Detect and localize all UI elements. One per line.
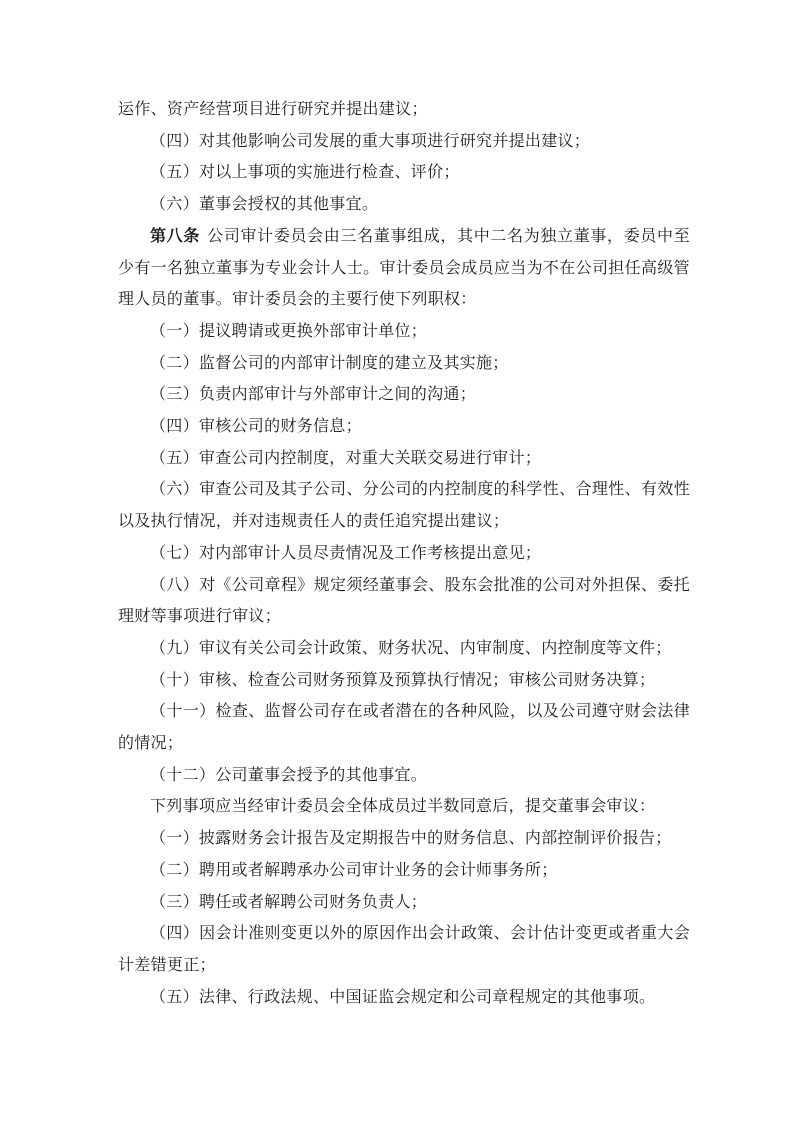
paragraph: （十二）公司董事会授予的其他事宜。 (118, 760, 690, 792)
paragraph: （十）审核、检查公司财务预算及预算执行情况；审核公司财务决算； (118, 665, 690, 697)
paragraph: （七）对内部审计人员尽责情况及工作考核提出意见； (118, 538, 690, 570)
paragraph-text: （四）对其他影响公司发展的重大事项进行研究并提出建议； (150, 133, 590, 150)
paragraph-text: 运作、资产经营项目进行研究并提出建议； (118, 101, 428, 118)
document-body: 运作、资产经营项目进行研究并提出建议； （四）对其他影响公司发展的重大事项进行研… (118, 94, 690, 1013)
paragraph: （五）审查公司内控制度，对重大关联交易进行审计； (118, 443, 690, 475)
paragraph-text: （九）审议有关公司会计政策、财务状况、内审制度、内控制度等文件； (150, 640, 672, 657)
paragraph: 第八条公司审计委员会由三名董事组成，其中二名为独立董事，委员中至少有一名独立董事… (118, 221, 690, 316)
paragraph: 下列事项应当经审计委员会全体成员过半数同意后，提交董事会审议： (118, 791, 690, 823)
paragraph: （四）对其他影响公司发展的重大事项进行研究并提出建议； (118, 126, 690, 158)
paragraph: （十一）检查、监督公司存在或者潜在的各种风险，以及公司遵守财会法律的情况； (118, 696, 690, 759)
paragraph-text: （四）审核公司的财务信息； (150, 418, 362, 435)
paragraph: （五）对以上事项的实施进行检查、评价； (118, 157, 690, 189)
paragraph-text: （五）对以上事项的实施进行检查、评价； (150, 164, 460, 181)
paragraph: （九）审议有关公司会计政策、财务状况、内审制度、内控制度等文件； (118, 633, 690, 665)
paragraph-text: （十一）检查、监督公司存在或者潜在的各种风险，以及公司遵守财会法律的情况； (118, 703, 690, 752)
paragraph-text: （六）董事会授权的其他事宜。 (150, 196, 378, 213)
paragraph: （一）提议聘请或更换外部审计单位； (118, 316, 690, 348)
paragraph-text: （二）监督公司的内部审计制度的建立及其实施； (150, 355, 509, 372)
paragraph: 运作、资产经营项目进行研究并提出建议； (118, 94, 690, 126)
document-page: 运作、资产经营项目进行研究并提出建议； （四）对其他影响公司发展的重大事项进行研… (0, 0, 794, 1122)
paragraph-text: 公司审计委员会由三名董事组成，其中二名为独立董事，委员中至少有一名独立董事为专业… (118, 228, 690, 308)
paragraph-text: （十二）公司董事会授予的其他事宜。 (150, 767, 427, 784)
paragraph-text: （三）聘任或者解聘公司财务负责人； (150, 894, 427, 911)
paragraph: （八）对《公司章程》规定须经董事会、股东会批准的公司对外担保、委托理财等事项进行… (118, 570, 690, 633)
paragraph: （六）审查公司及其子公司、分公司的内控制度的科学性、合理性、有效性以及执行情况，… (118, 474, 690, 537)
paragraph: （一）披露财务会计报告及定期报告中的财务信息、内部控制评价报告； (118, 823, 690, 855)
paragraph: （三）聘任或者解聘公司财务负责人； (118, 887, 690, 919)
paragraph-text: （三）负责内部审计与外部审计之间的沟通； (150, 386, 476, 403)
paragraph-text: （二）聘用或者解聘承办公司审计业务的会计师事务所； (150, 862, 558, 879)
paragraph: （二）聘用或者解聘承办公司审计业务的会计师事务所； (118, 855, 690, 887)
paragraph: （四）审核公司的财务信息； (118, 411, 690, 443)
paragraph: （五）法律、行政法规、中国证监会规定和公司章程规定的其他事项。 (118, 982, 690, 1014)
paragraph-text: （六）审查公司及其子公司、分公司的内控制度的科学性、合理性、有效性以及执行情况，… (118, 481, 690, 530)
article-number: 第八条 (150, 228, 200, 245)
paragraph-text: 下列事项应当经审计委员会全体成员过半数同意后，提交董事会审议： (150, 798, 655, 815)
paragraph: （六）董事会授权的其他事宜。 (118, 189, 690, 221)
paragraph: （三）负责内部审计与外部审计之间的沟通； (118, 379, 690, 411)
paragraph-text: （八）对《公司章程》规定须经董事会、股东会批准的公司对外担保、委托理财等事项进行… (118, 577, 690, 626)
paragraph-text: （七）对内部审计人员尽责情况及工作考核提出意见； (150, 545, 541, 562)
paragraph-text: （一）披露财务会计报告及定期报告中的财务信息、内部控制评价报告； (150, 830, 672, 847)
paragraph-text: （五）审查公司内控制度，对重大关联交易进行审计； (150, 450, 541, 467)
paragraph: （二）监督公司的内部审计制度的建立及其实施； (118, 348, 690, 380)
paragraph-text: （五）法律、行政法规、中国证监会规定和公司章程规定的其他事项。 (150, 989, 655, 1006)
paragraph: （四）因会计准则变更以外的原因作出会计政策、会计估计变更或者重大会计差错更正； (118, 918, 690, 981)
paragraph-text: （一）提议聘请或更换外部审计单位； (150, 323, 427, 340)
paragraph-text: （四）因会计准则变更以外的原因作出会计政策、会计估计变更或者重大会计差错更正； (118, 925, 690, 974)
paragraph-text: （十）审核、检查公司财务预算及预算执行情况；审核公司财务决算； (150, 672, 655, 689)
